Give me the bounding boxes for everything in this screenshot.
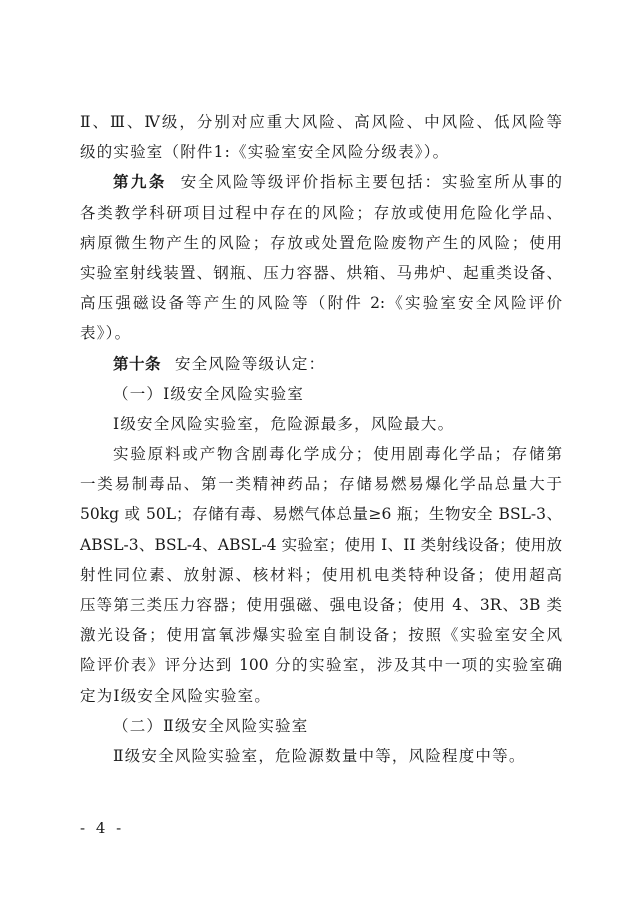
- paragraph-line: 各类教学科研项目过程中存在的风险；存放或使用危险化学品、: [80, 198, 562, 228]
- paragraph-line: 射性同位素、放射源、核材料；使用机电类特种设备；使用超高: [80, 560, 562, 590]
- paragraph-line: 实验室射线装置、钢瓶、压力容器、烘箱、马弗炉、起重类设备、: [80, 258, 562, 288]
- paragraph-line: 表》）。: [80, 318, 562, 348]
- section-heading-level-2: （二）Ⅱ级安全风险实验室: [80, 711, 562, 741]
- article-text: 安全风险等级评价指标主要包括：实验室所从事的: [181, 173, 562, 191]
- paragraph-line: 高压强磁设备等产生的风险等（附件 2:《实验室安全风险评价: [80, 288, 562, 318]
- paragraph-line: 级的实验室（附件1:《实验室安全风险分级表》）。: [80, 137, 562, 167]
- article-heading: 第十条: [113, 354, 161, 373]
- paragraph-line: 一类易制毒品、第一类精神药品；存储易燃易爆化学品总量大于: [80, 469, 562, 499]
- paragraph-line: 险评价表》评分达到 100 分的实验室，涉及其中一项的实验室确: [80, 650, 562, 680]
- paragraph-line: 病原微生物产生的风险；存放或处置危险废物产生的风险；使用: [80, 228, 562, 258]
- article-10-line: 第十条安全风险等级认定：: [80, 349, 562, 379]
- article-text: 安全风险等级认定：: [175, 355, 325, 373]
- document-page: Ⅱ、Ⅲ、Ⅳ级，分别对应重大风险、高风险、中风险、低风险等 级的实验室（附件1:《…: [0, 0, 638, 902]
- paragraph-line: Ⅰ级安全风险实验室，危险源最多，风险最大。: [80, 409, 562, 439]
- section-heading-level-1: （一）Ⅰ级安全风险实验室: [80, 379, 562, 409]
- page-number: - 4 -: [80, 817, 124, 839]
- article-9-line: 第九条安全风险等级评价指标主要包括：实验室所从事的: [80, 167, 562, 197]
- paragraph-line: 压等第三类压力容器；使用强磁、强电设备；使用 4、3R、3B 类: [80, 590, 562, 620]
- paragraph-line: 50kg 或 50L；存储有毒、易燃气体总量≥6 瓶；生物安全 BSL-3、: [80, 499, 562, 529]
- article-heading: 第九条: [113, 172, 167, 191]
- paragraph-line: 激光设备；使用富氧涉爆实验室自制设备；按照《实验室安全风: [80, 620, 562, 650]
- document-body: Ⅱ、Ⅲ、Ⅳ级，分别对应重大风险、高风险、中风险、低风险等 级的实验室（附件1:《…: [80, 107, 562, 771]
- paragraph-line: 定为Ⅰ级安全风险实验室。: [80, 681, 562, 711]
- paragraph-line: 实验原料或产物含剧毒化学成分；使用剧毒化学品；存储第: [80, 439, 562, 469]
- paragraph-line: Ⅱ级安全风险实验室，危险源数量中等，风险程度中等。: [80, 741, 562, 771]
- paragraph-line: Ⅱ、Ⅲ、Ⅳ级，分别对应重大风险、高风险、中风险、低风险等: [80, 107, 562, 137]
- paragraph-line: ABSL-3、BSL-4、ABSL-4 实验室；使用 I、II 类射线设备；使用…: [80, 530, 562, 560]
